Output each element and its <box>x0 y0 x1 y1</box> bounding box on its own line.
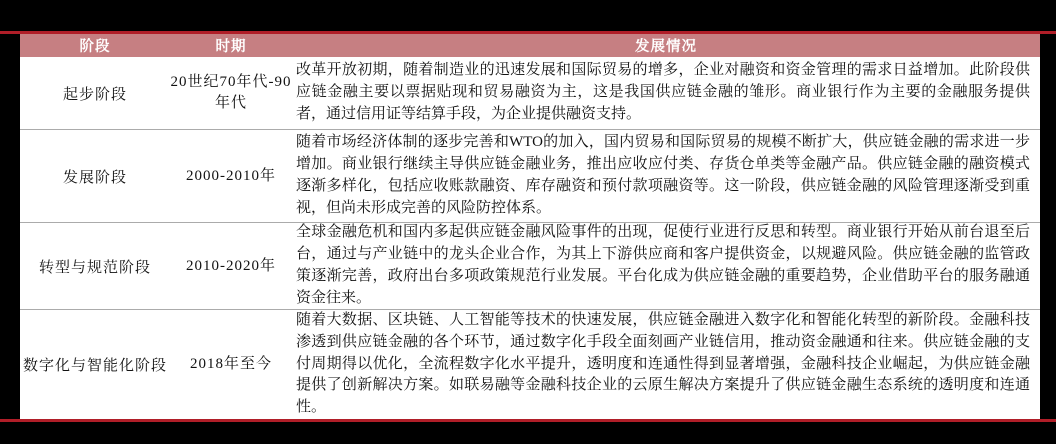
stage-cell: 数字化与智能化阶段 <box>20 354 170 375</box>
table-header-row: 阶段 时期 发展情况 <box>20 34 1040 57</box>
top-accent-rule <box>0 31 1056 34</box>
bottom-accent-rule <box>0 419 1056 422</box>
stage-cell: 发展阶段 <box>20 166 170 187</box>
description-cell: 改革开放初期，随着制造业的迅速发展和国际贸易的增多，企业对融资和资金管理的需求日… <box>292 59 1040 126</box>
period-cell: 2000-2010年 <box>170 166 292 187</box>
period-cell: 2010-2020年 <box>170 256 292 277</box>
stage-cell: 起步阶段 <box>20 83 170 104</box>
period-cell: 2018年至今 <box>170 354 292 375</box>
header-stage: 阶段 <box>20 35 170 56</box>
description-text: 随着大数据、区块链、人工智能等技术的快速发展，供应链金融进入数字化和智能化转型的… <box>296 310 1030 419</box>
table-row: 发展阶段 2000-2010年 随着市场经济体制的逐步完善和WTO的加入，国内贸… <box>20 130 1040 223</box>
report-page: 阶段 时期 发展情况 起步阶段 20世纪70年代-90年代 改革开放初期，随着制… <box>0 0 1056 444</box>
description-cell: 全球金融危机和国内多起供应链金融风险事件的出现，促使行业进行反思和转型。商业银行… <box>292 221 1040 310</box>
header-development: 发展情况 <box>292 35 1040 56</box>
description-text: 全球金融危机和国内多起供应链金融风险事件的出现，促使行业进行反思和转型。商业银行… <box>296 222 1030 309</box>
stage-cell: 转型与规范阶段 <box>20 256 170 277</box>
period-cell: 20世纪70年代-90年代 <box>170 72 292 114</box>
development-stages-table: 阶段 时期 发展情况 起步阶段 20世纪70年代-90年代 改革开放初期，随着制… <box>20 34 1040 419</box>
description-text: 改革开放初期，随着制造业的迅速发展和国际贸易的增多，企业对融资和资金管理的需求日… <box>296 60 1030 125</box>
description-text: 随着市场经济体制的逐步完善和WTO的加入，国内贸易和国际贸易的规模不断扩大，供应… <box>296 132 1030 219</box>
description-cell: 随着市场经济体制的逐步完善和WTO的加入，国内贸易和国际贸易的规模不断扩大，供应… <box>292 131 1040 220</box>
header-period: 时期 <box>170 35 292 56</box>
table-row: 数字化与智能化阶段 2018年至今 随着大数据、区块链、人工智能等技术的快速发展… <box>20 310 1040 419</box>
description-cell: 随着大数据、区块链、人工智能等技术的快速发展，供应链金融进入数字化和智能化转型的… <box>292 309 1040 420</box>
table-row: 起步阶段 20世纪70年代-90年代 改革开放初期，随着制造业的迅速发展和国际贸… <box>20 57 1040 130</box>
table-row: 转型与规范阶段 2010-2020年 全球金融危机和国内多起供应链金融风险事件的… <box>20 223 1040 310</box>
